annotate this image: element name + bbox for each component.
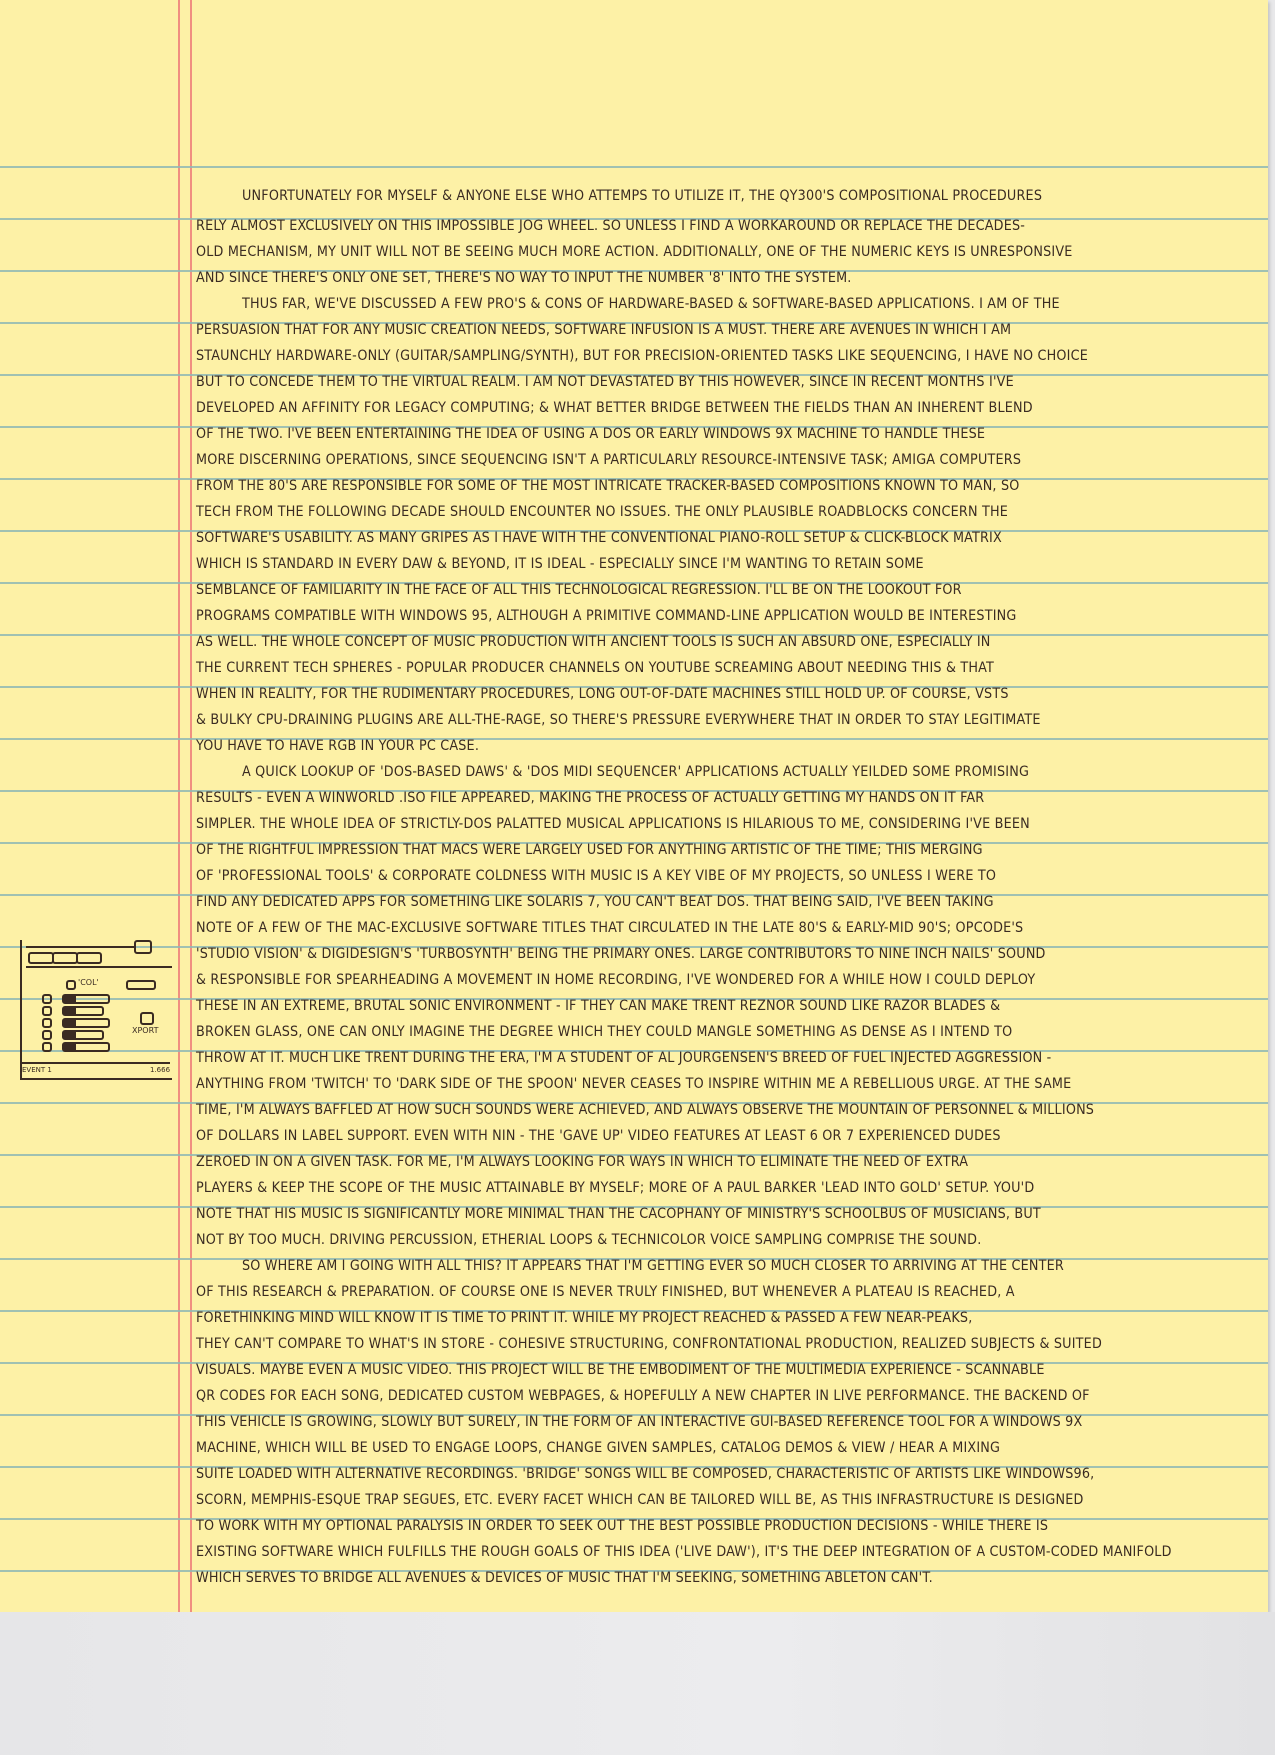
handwritten-line: existing software which fulfills the rou… [196, 1544, 1172, 1560]
handwritten-line: throw at it. Much like Trent during the … [196, 1050, 1052, 1066]
sketch-row-checkbox [42, 994, 52, 1004]
handwritten-line: of 'professional tools' & corporate cold… [196, 868, 996, 884]
handwritten-line: these in an extreme, brutal sonic enviro… [196, 998, 1000, 1014]
handwritten-line: zeroed in on a given task. For me, I'm a… [196, 1154, 968, 1170]
handwritten-line: note that his music is significantly mor… [196, 1206, 1041, 1222]
handwritten-line: as well. The whole concept of music prod… [196, 634, 991, 650]
handwritten-line: suite loaded with alternative recordings… [196, 1466, 1094, 1482]
sketch-export-icon [140, 1012, 154, 1025]
sketch-toolbar-divider [26, 966, 172, 968]
sketch-row-slider [62, 1006, 104, 1016]
handwritten-line: of dollars in label support. Even with N… [196, 1128, 1001, 1144]
handwritten-line: 'Studio Vision' & Digidesign's 'TurboSyn… [196, 946, 1046, 962]
handwritten-line: more discerning operations, since sequen… [196, 452, 1021, 468]
handwritten-line: anything from 'Twitch' to 'Dark Side of … [196, 1076, 1071, 1092]
handwritten-line: Unfortunately for myself & anyone else w… [196, 188, 1042, 204]
gui-wireframe-sketch: 'COL' XPORT EVENT 1 1.666 [16, 936, 176, 1086]
margin-line-right [190, 0, 192, 1612]
sketch-status-left: EVENT 1 [22, 1066, 52, 1074]
sketch-row-slider [62, 1042, 110, 1052]
handwritten-line: of the rightful impression that Macs wer… [196, 842, 983, 858]
handwritten-line: semblance of familiarity in the face of … [196, 582, 962, 598]
handwritten-line: of the two. I've been entertaining the i… [196, 426, 985, 442]
sketch-row-checkbox [42, 1006, 52, 1016]
handwritten-line: software's usability. As many gripes as … [196, 530, 1002, 546]
sketch-status-divider [22, 1062, 170, 1064]
handwritten-line: from the 80's are responsible for some o… [196, 478, 1020, 494]
rule-line [0, 738, 1268, 740]
handwritten-line: forethinking mind will know it is time t… [196, 1310, 972, 1326]
handwritten-line: to work with my optional paralysis in or… [196, 1518, 1048, 1534]
handwritten-line: developed an affinity for legacy computi… [196, 400, 1033, 416]
legal-pad-page: Unfortunately for myself & anyone else w… [0, 0, 1268, 1612]
sketch-export-label: XPORT [132, 1026, 158, 1035]
handwritten-line: players & keep the scope of the music at… [196, 1180, 1034, 1196]
handwritten-line: & bulky CPU-draining plugins are all-the… [196, 712, 1041, 728]
sketch-row-checkbox [42, 1042, 52, 1052]
handwritten-line: rely almost exclusively on this impossib… [196, 218, 1025, 234]
handwritten-line: tech from the following decade should en… [196, 504, 1008, 520]
handwritten-line: simpler. The whole idea of strictly-DOS … [196, 816, 1030, 832]
sketch-row-slider [62, 1030, 104, 1040]
sketch-window-controls [134, 940, 152, 954]
handwritten-line: persuasion that for any music creation n… [196, 322, 1011, 338]
margin-line-left [178, 0, 180, 1612]
handwritten-line: of this research & preparation. Of cours… [196, 1284, 1015, 1300]
sketch-col-checkbox [66, 980, 76, 990]
sketch-row-checkbox [42, 1030, 52, 1040]
rule-line [0, 166, 1268, 168]
handwritten-line: & responsible for spearheading a movemen… [196, 972, 1035, 988]
sketch-row-slider [62, 994, 110, 1004]
handwritten-line: this vehicle is growing, slowly but sure… [196, 1414, 1082, 1430]
handwritten-line: note of a few of the Mac-exclusive softw… [196, 920, 1023, 936]
handwritten-line: staunchly hardware-only (guitar/sampling… [196, 348, 1088, 364]
handwritten-line: A quick lookup of 'DOS-based DAWs' & 'DO… [196, 764, 1029, 780]
handwritten-line: Thus far, we've discussed a few pro's & … [196, 296, 1060, 312]
handwritten-line: time, I'm always baffled at how such sou… [196, 1102, 1094, 1118]
handwritten-line: programs compatible with Windows 95, alt… [196, 608, 1017, 624]
handwritten-line: visuals. Maybe even a music video. This … [196, 1362, 1045, 1378]
handwritten-line: find any dedicated apps for something li… [196, 894, 994, 910]
handwritten-line: which is standard in every DAW & beyond,… [196, 556, 924, 572]
sketch-tab-2 [52, 952, 78, 964]
handwritten-line: old mechanism, my unit will not be seein… [196, 244, 1073, 260]
handwritten-line: broken glass, one can only imagine the d… [196, 1024, 1012, 1040]
sketch-status-right: 1.666 [150, 1066, 170, 1074]
handwritten-line: Scorn, Memphis-esque trap segues, etc. E… [196, 1492, 1084, 1508]
sketch-title-bar [26, 946, 136, 948]
handwritten-line: not by too much. Driving percussion, eth… [196, 1232, 981, 1248]
handwritten-line: results - even a WinWorld .iso file appe… [196, 790, 984, 806]
sketch-col-label: 'COL' [78, 978, 99, 987]
handwritten-line: and since there's only one set, there's … [196, 270, 852, 286]
handwritten-line: the current tech spheres - popular produ… [196, 660, 994, 676]
handwritten-line: machine, which will be used to engage lo… [196, 1440, 1000, 1456]
scanner-background [0, 1612, 1275, 1755]
handwritten-line: when in reality, for the rudimentary pro… [196, 686, 1009, 702]
sketch-tab-1 [28, 952, 54, 964]
handwritten-line: they can't compare to what's in store - … [196, 1336, 1102, 1352]
handwritten-line: which serves to bridge all avenues & dev… [196, 1570, 933, 1586]
handwritten-line: you have to have RGB in your PC case. [196, 738, 479, 754]
sketch-tab-3 [76, 952, 102, 964]
handwritten-line: but to concede them to the virtual realm… [196, 374, 1014, 390]
handwritten-line: So where am I going with all this? It ap… [196, 1258, 1064, 1274]
sketch-row-checkbox [42, 1018, 52, 1028]
sketch-row-slider [62, 1018, 110, 1028]
handwritten-line: QR codes for each song, dedicated custom… [196, 1388, 1090, 1404]
sketch-dropdown [126, 980, 156, 990]
